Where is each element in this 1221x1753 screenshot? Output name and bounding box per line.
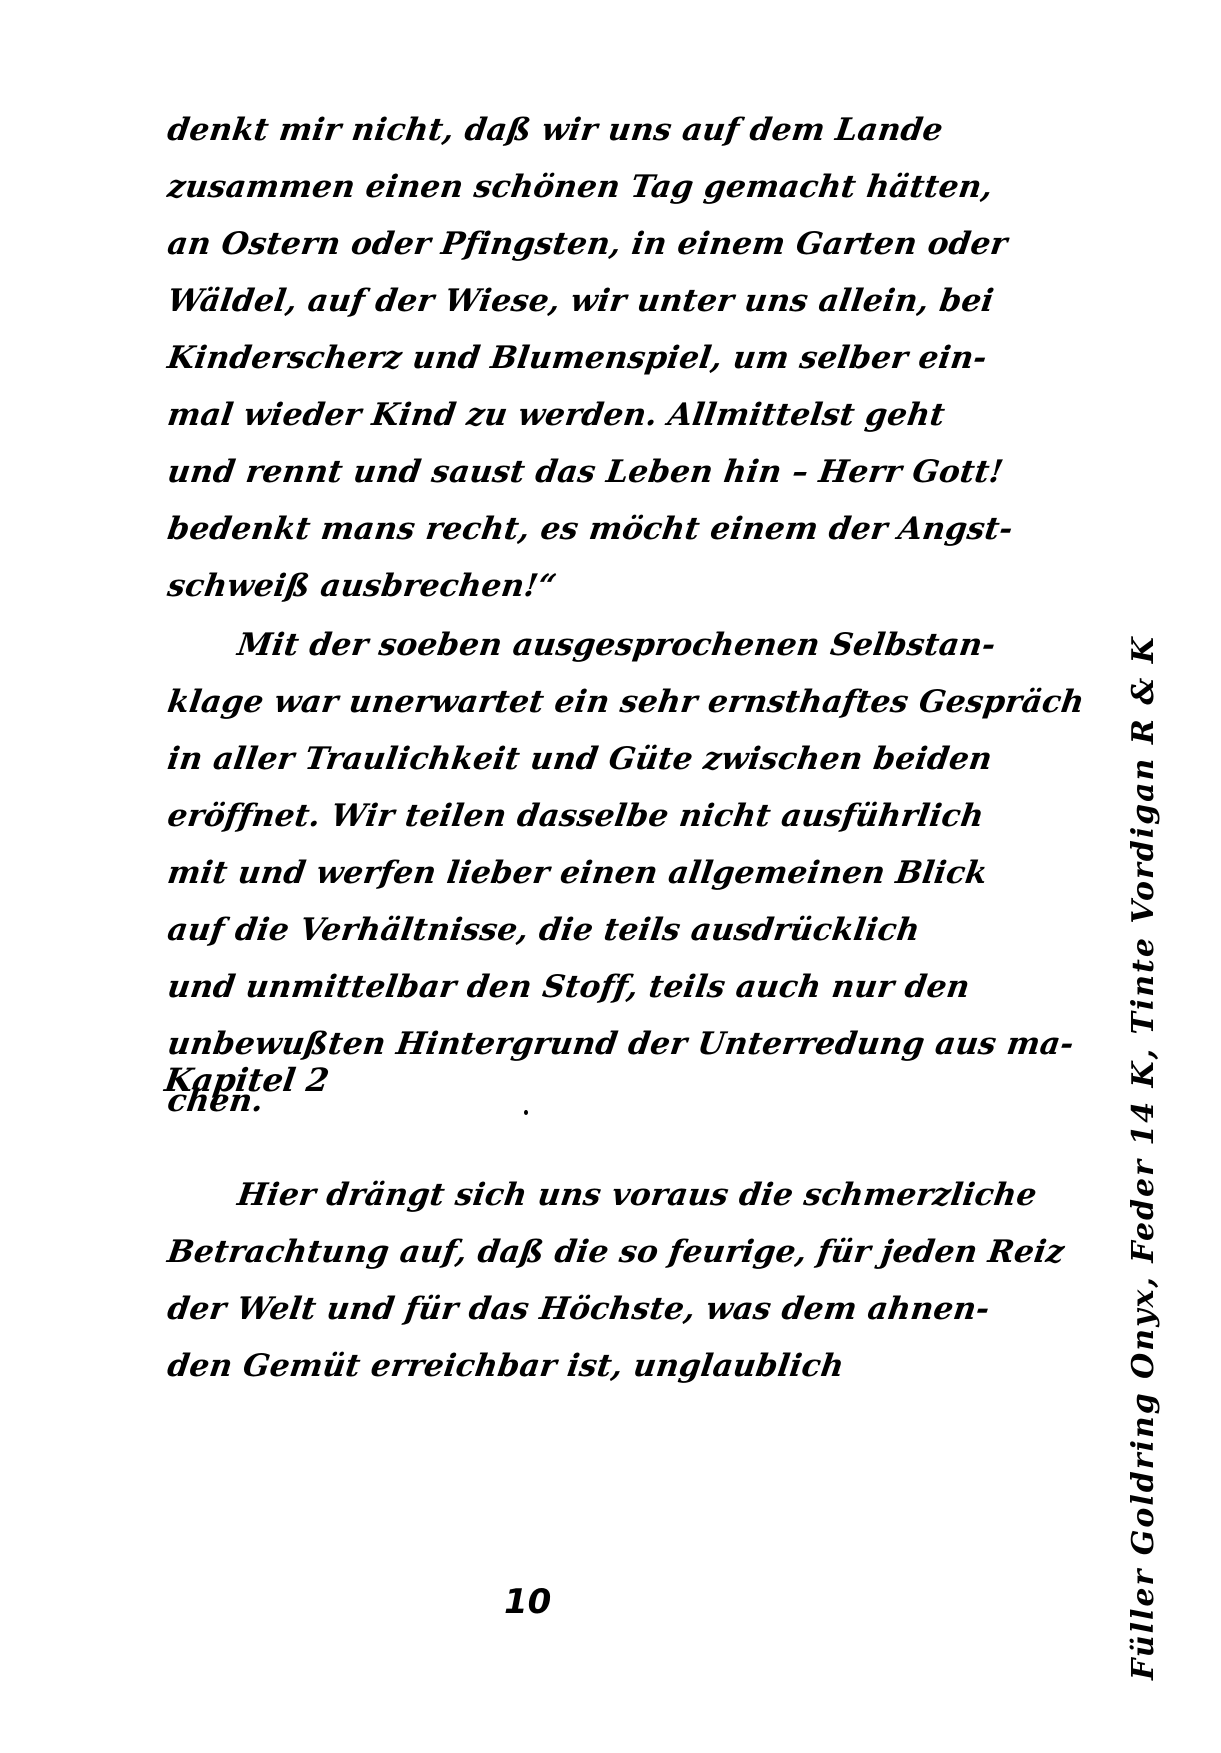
text-line: zusammen einen schönen Tag gemacht hätte…	[165, 167, 995, 207]
text-line: und unmittelbar den Stoff, teils auch nu…	[165, 967, 972, 1007]
text-line: mal wieder Kind zu werden. Allmittelst g…	[165, 395, 947, 435]
margin-note: Füller Goldring Onyx, Feder 14 K, Tinte …	[1150, 1150, 1151, 1151]
manuscript-page: denkt mir nicht, daß wir uns auf dem Lan…	[0, 0, 1221, 1753]
text-line: Kinderscherz und Blumenspiel, um selber …	[165, 338, 989, 378]
text-line: denkt mir nicht, daß wir uns auf dem Lan…	[165, 110, 945, 150]
text-line: in aller Traulichkeit und Güte zwischen …	[165, 739, 995, 779]
text-line: unbewußten Hintergrund der Unterredung a…	[165, 1024, 1076, 1064]
text-line: mit und werfen lieber einen allgemeinen …	[165, 853, 990, 893]
text-line: eröffnet. Wir teilen dasselbe nicht ausf…	[165, 796, 986, 836]
text-line: der Welt und für das Höchste, was dem ah…	[165, 1289, 992, 1329]
text-line: bedenkt mans recht, es möcht einem der A…	[165, 509, 1015, 549]
ink-dot	[524, 1110, 528, 1115]
chapter-heading: Kapitel 2	[162, 1060, 331, 1100]
text-line: an Ostern oder Pfingsten, in einem Garte…	[165, 224, 1010, 264]
text-line: schweiß ausbrechen!“	[165, 566, 559, 606]
text-line: Betrachtung auf, daß die so feurige, für…	[165, 1232, 1067, 1272]
text-line: auf die Verhältnisse, die teils ausdrück…	[165, 910, 922, 950]
text-line: Wäldel, auf der Wiese, wir unter uns all…	[165, 281, 996, 321]
text-line: klage war unerwartet ein sehr ernsthafte…	[165, 682, 1087, 722]
paragraph-start-line: Hier drängt sich uns voraus die schmerzl…	[235, 1175, 1039, 1215]
text-line: und rennt und saust das Leben hin – Herr…	[165, 452, 1006, 492]
text-line: den Gemüt erreichbar ist, unglaublich	[165, 1346, 847, 1386]
page-number: 10	[504, 1582, 551, 1622]
margin-note-text: Füller Goldring Onyx, Feder 14 K, Tinte …	[1124, 635, 1164, 1680]
paragraph-start-line: Mit der soeben ausgesprochenen Selbstan-	[235, 625, 998, 665]
